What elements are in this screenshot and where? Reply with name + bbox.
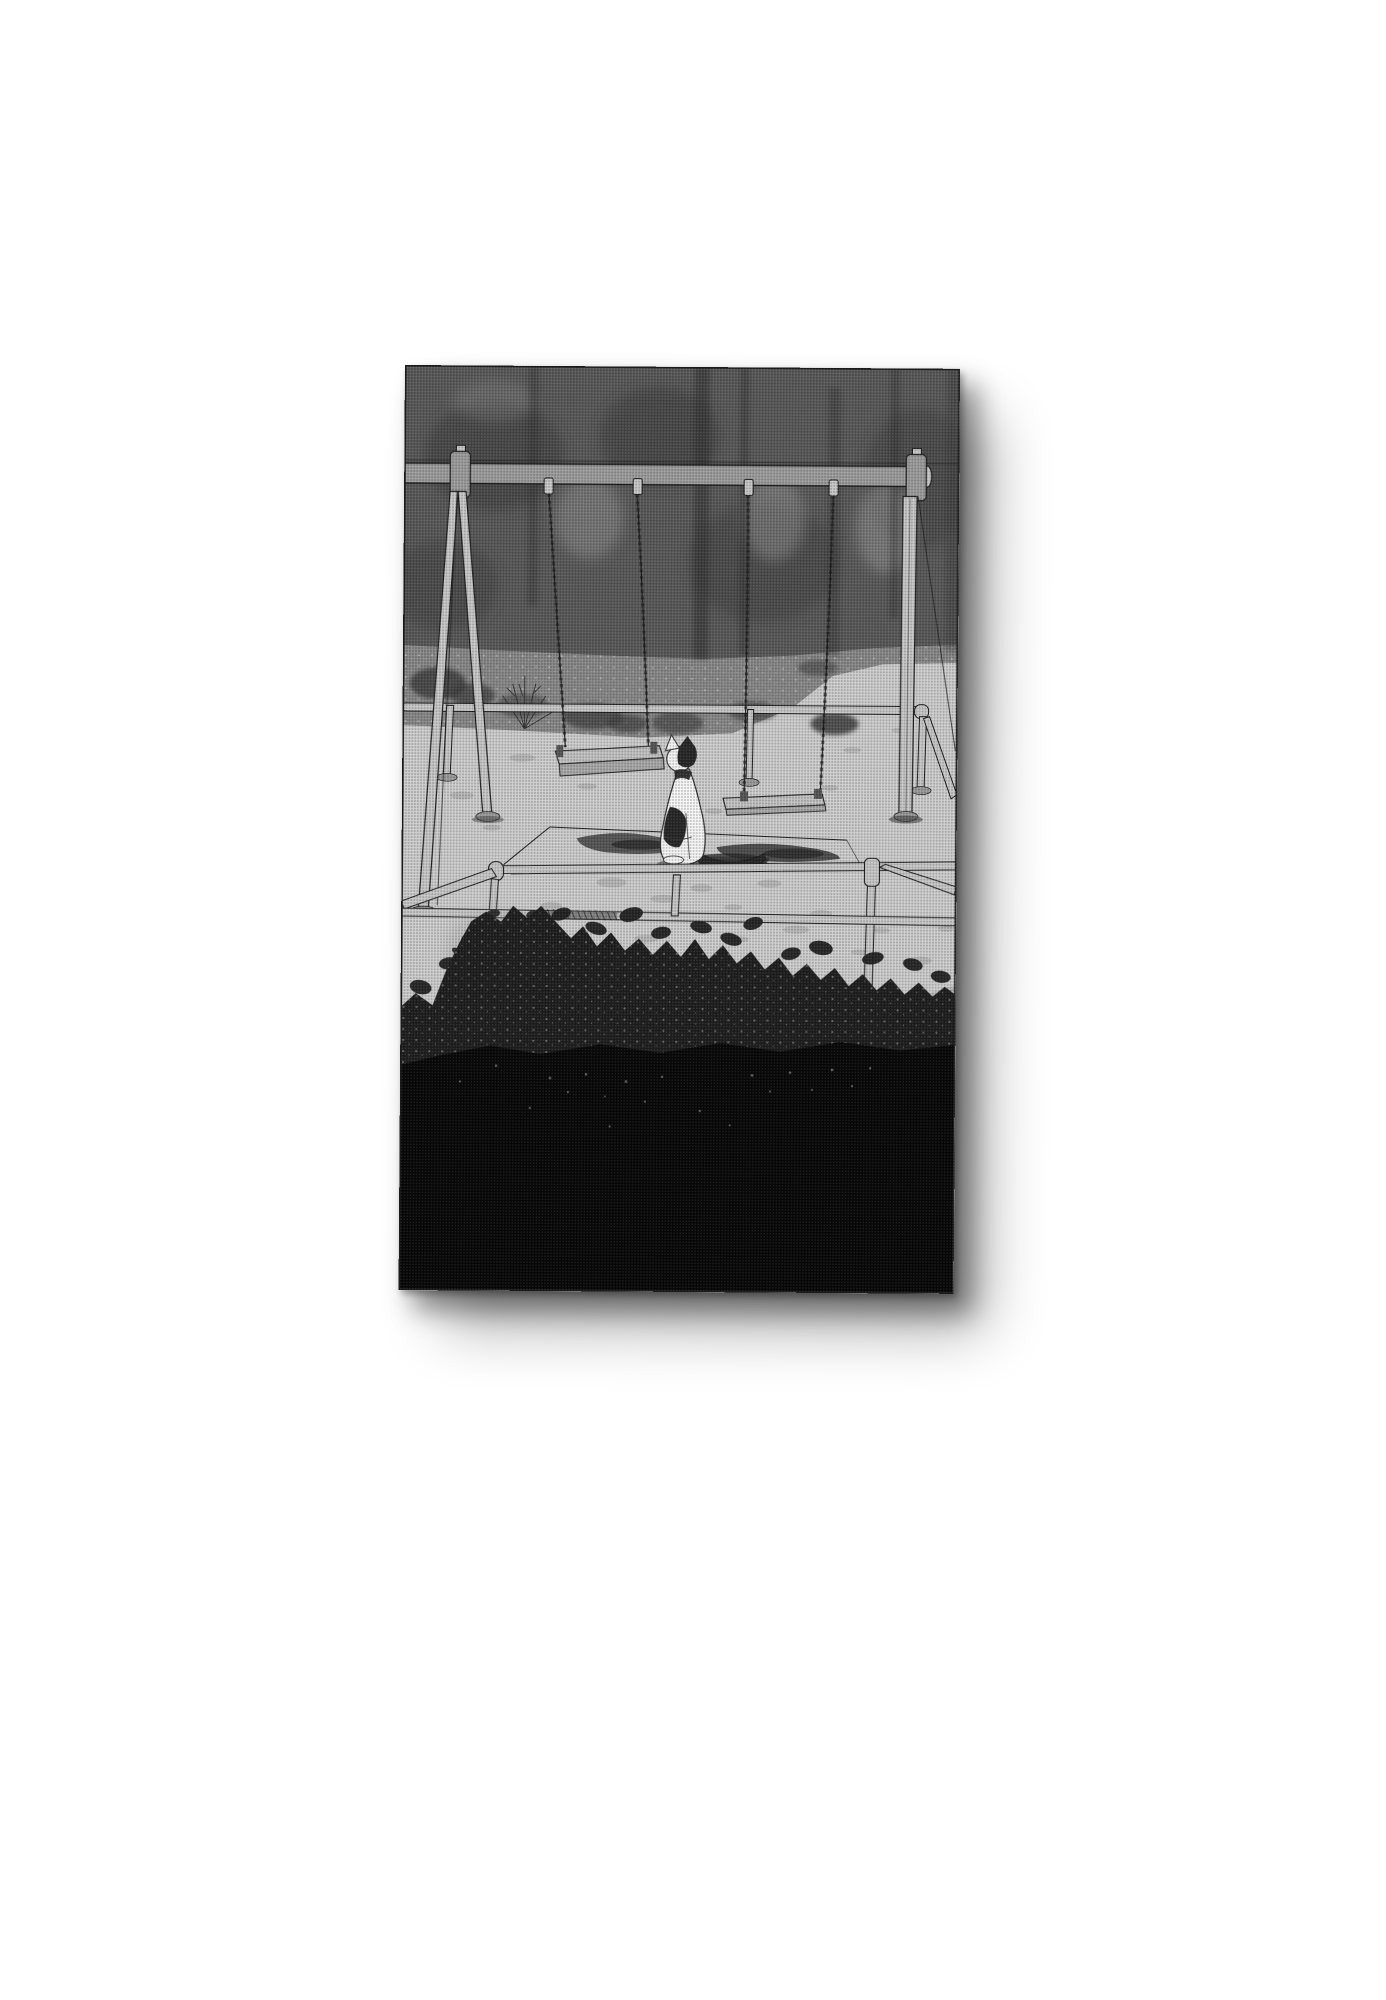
swing-top-bar <box>404 463 927 487</box>
manga-panel: Black-and-white halftone manga panel: an… <box>399 365 960 1294</box>
playground-scene-illustration <box>399 365 960 1294</box>
fence-t-joint <box>864 858 879 886</box>
foreground-foliage <box>399 903 957 1294</box>
cat-paw <box>664 856 684 864</box>
book-page: Black-and-white halftone manga panel: an… <box>0 0 1386 2000</box>
background-trees <box>399 365 960 661</box>
